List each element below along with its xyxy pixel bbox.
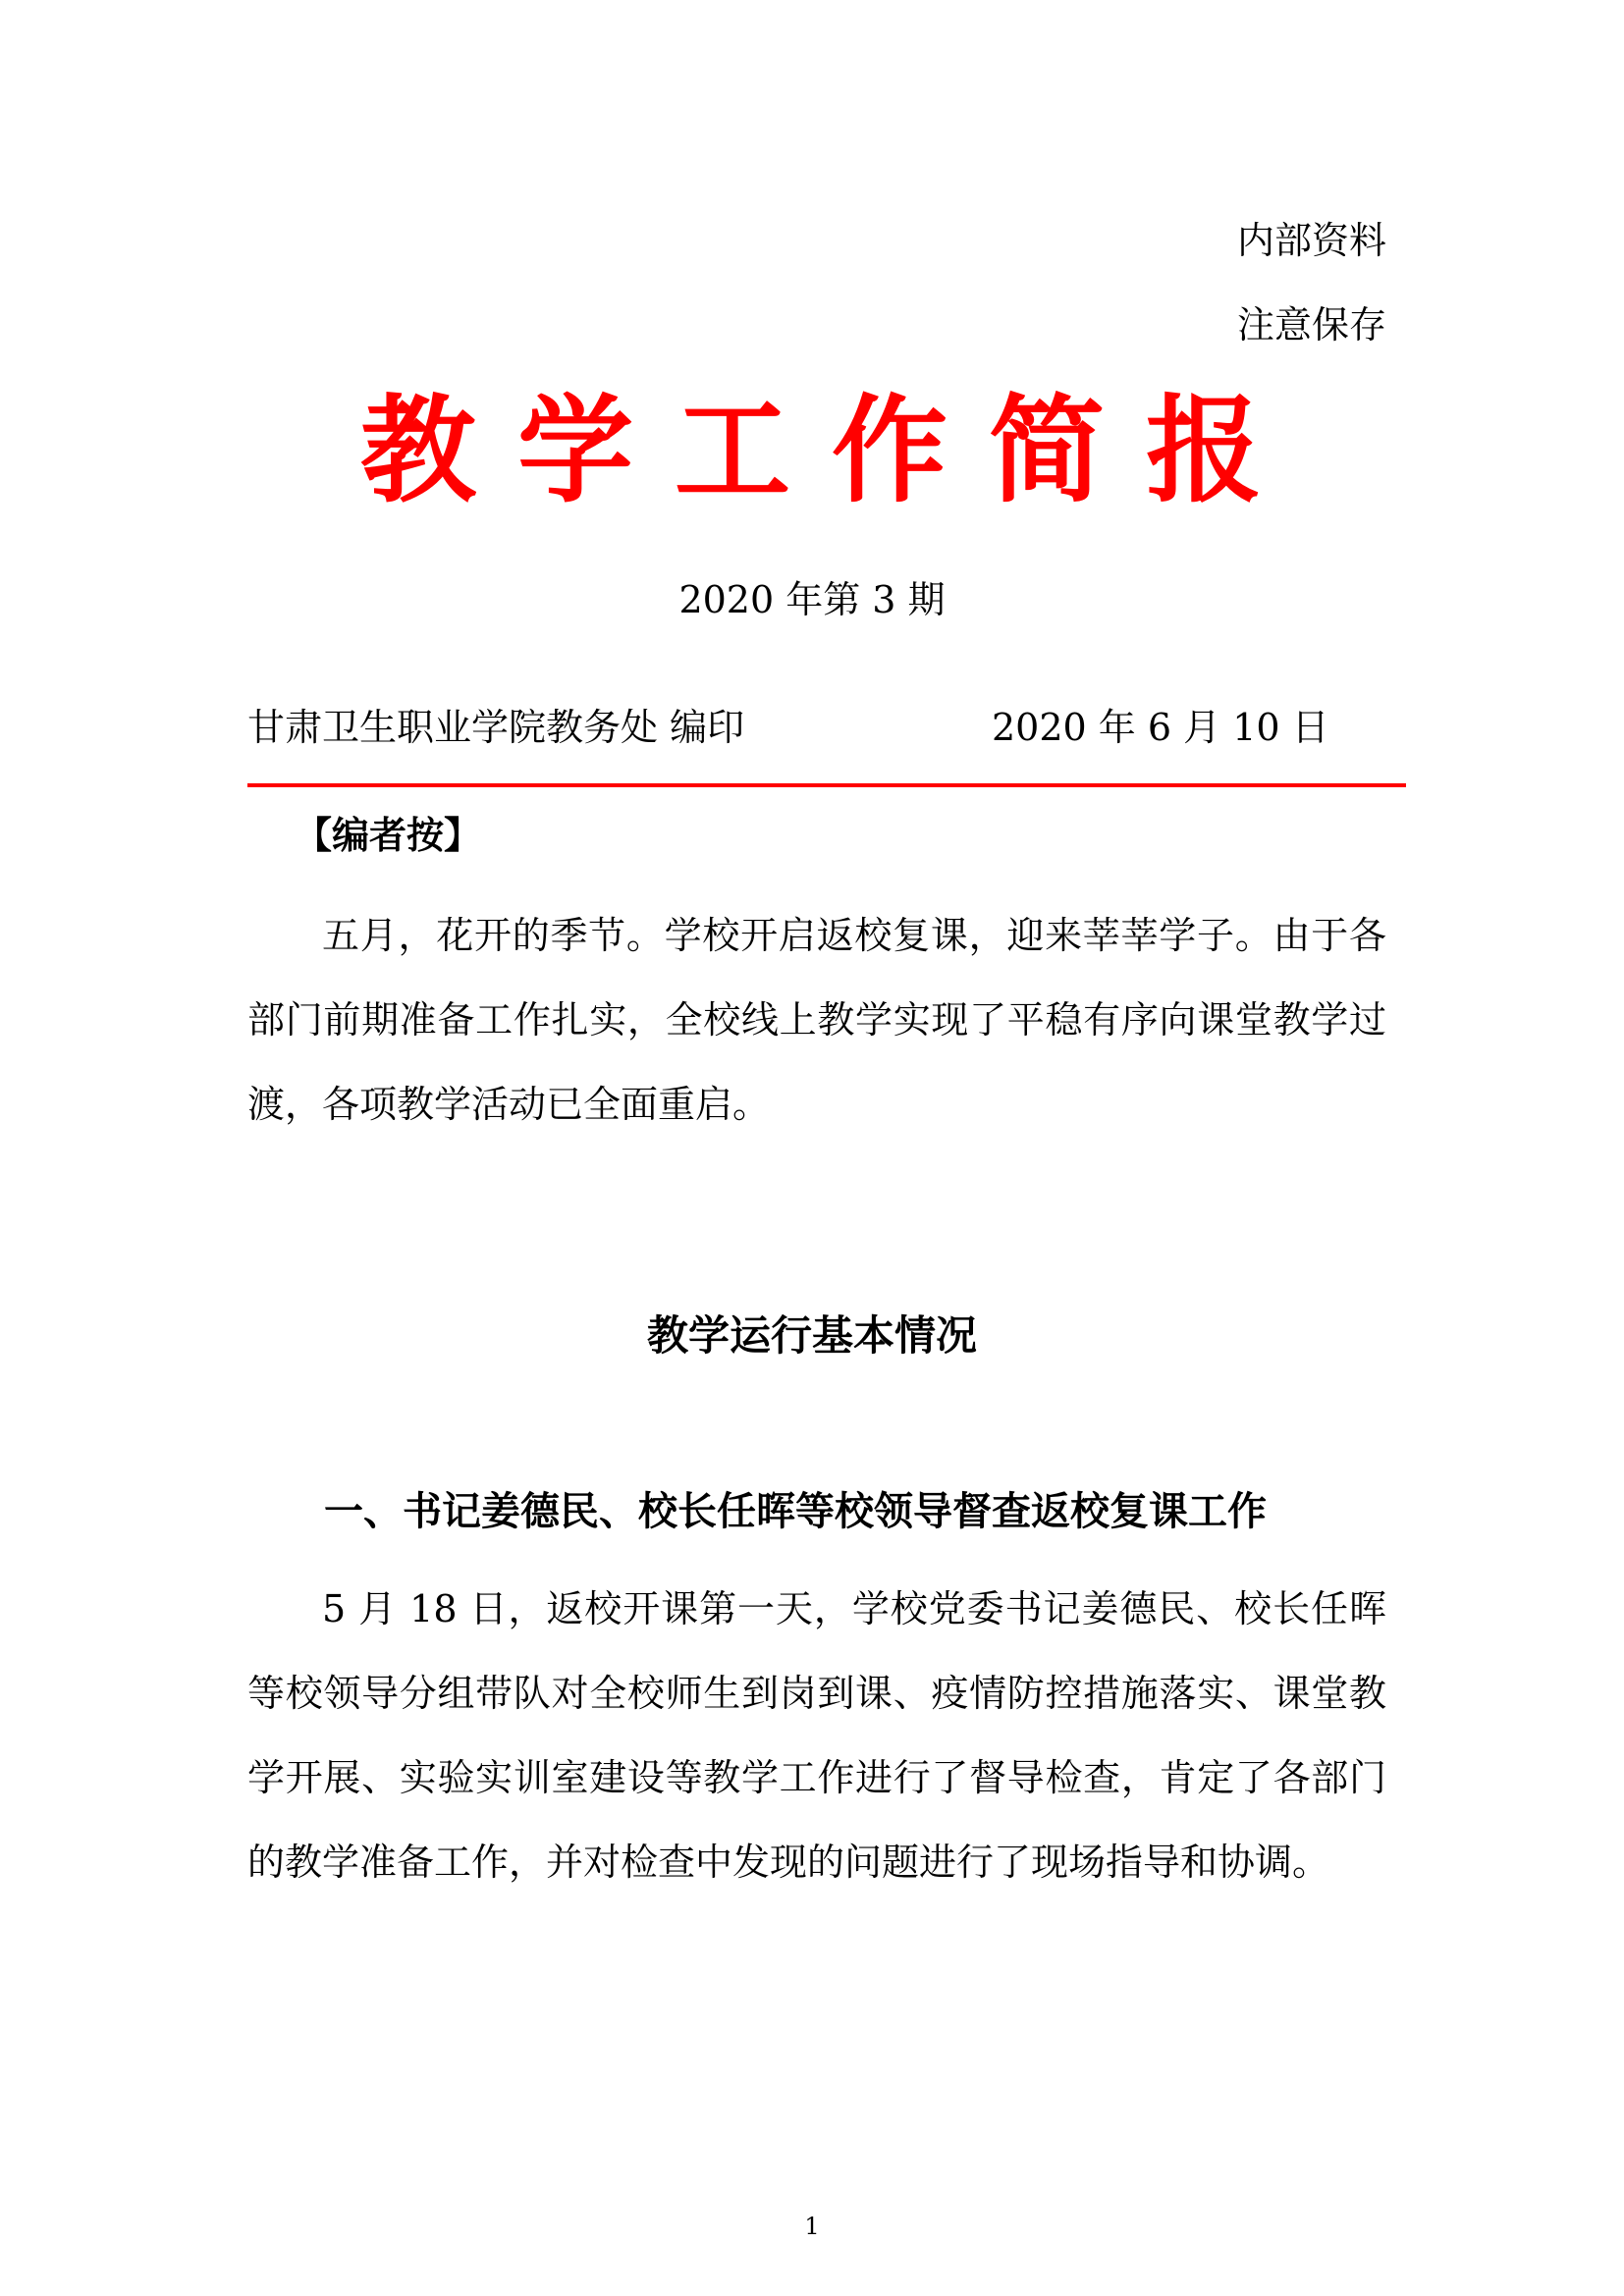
red-divider [247, 783, 1406, 787]
subsection-heading: 一、书记姜德民、校长任晖等校领导督查返校复课工作 [324, 1492, 1267, 1531]
page-number: 1 [0, 2215, 1624, 2238]
publish-date: 2020 年 6 月 10 日 [992, 709, 1329, 746]
subsection-text: 5 月 18 日，返校开课第一天，学校党委书记姜德民、校长任晖等校领导分组带队对… [247, 1567, 1386, 1904]
issue-number: 2020 年第 3 期 [0, 581, 1624, 618]
editor-note-text: 五月，花开的季节。学校开启返校复课，迎来莘莘学子。由于各部门前期准备工作扎实，全… [247, 893, 1386, 1147]
keep-safe-mark: 注意保存 [1237, 306, 1386, 344]
internal-material-mark: 内部资料 [1237, 222, 1386, 259]
section-title: 教学运行基本情况 [0, 1315, 1624, 1357]
editor-note-heading: 【编者按】 [295, 817, 481, 854]
publisher: 甘肃卫生职业学院教务处 编印 [247, 709, 744, 746]
bulletin-title: 教学工作简报 [0, 393, 1624, 508]
